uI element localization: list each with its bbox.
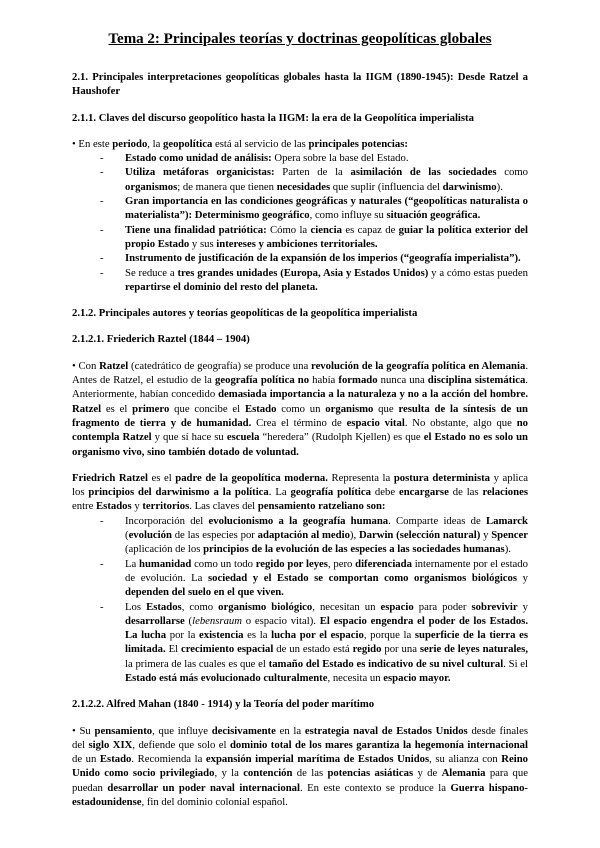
claves-list-item-unidades: Se reduce a tres grandes unidades (Europ… [72, 266, 528, 295]
doc-title: Tema 2: Principales teorías y doctrinas … [72, 30, 528, 48]
section-heading-2-1-1: 2.1.1. Claves del discurso geopolítico h… [72, 111, 528, 125]
section-heading-2-1-2: 2.1.2. Principales autores y teorías geo… [72, 306, 528, 320]
ratzel-paragraph-2: Friedrich Ratzel es el padre de la geopo… [72, 471, 528, 514]
claves-list-item-condiciones: Gran importancia en las condiciones geog… [72, 194, 528, 223]
claves-list-item-finalidad: Tiene una finalidad patriótica: Cómo la … [72, 223, 528, 252]
ratzel-list: Incorporación del evolucionismo a la geo… [72, 514, 528, 686]
claves-list: Estado como unidad de análisis: Opera so… [72, 151, 528, 294]
claves-list-item-estado: Estado como unidad de análisis: Opera so… [72, 151, 528, 165]
document-page: Tema 2: Principales teorías y doctrinas … [0, 0, 600, 848]
ratzel-paragraph-1: • Con Ratzel (catedrático de geografía) … [72, 359, 528, 459]
claves-list-item-metaforas: Utiliza metáforas organicistas: Parten d… [72, 165, 528, 194]
section-heading-2-1-2-1: 2.1.2.1. Friederich Raztel (1844 – 1904) [72, 332, 528, 346]
section-heading-2-1-2-2: 2.1.2.2. Alfred Mahan (1840 - 1914) y la… [72, 697, 528, 711]
intro-paragraph: • En este periodo, la geopolítica está a… [72, 137, 528, 151]
mahan-paragraph: • Su pensamiento, que influye decisivame… [72, 724, 528, 810]
claves-list-item-instrumento: Instrumento de justificación de la expan… [72, 251, 528, 265]
ratzel-list-item-evolucionismo: Incorporación del evolucionismo a la geo… [72, 514, 528, 557]
ratzel-list-item-estados: Los Estados, como organismo biológico, n… [72, 600, 528, 686]
section-heading-2-1: 2.1. Principales interpretaciones geopol… [72, 70, 528, 99]
ratzel-list-item-humanidad: La humanidad como un todo regido por ley… [72, 557, 528, 600]
